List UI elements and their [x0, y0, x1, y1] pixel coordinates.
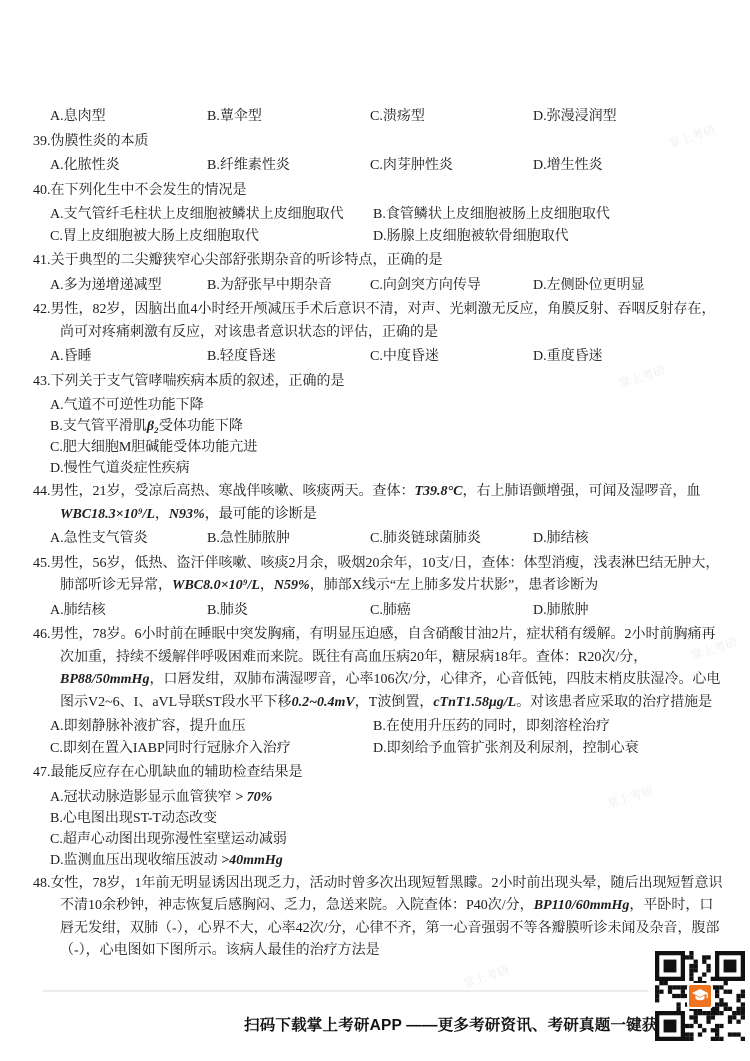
option-C: C.即刻在置入IABP同时行冠脉介入治疗	[50, 738, 373, 760]
option-label: A.	[50, 109, 64, 124]
question-stem: 46.男性，78岁。6小时前在睡眠中突发胸痛，有明显压迫感，自含硝酸甘油2片，症…	[60, 624, 724, 714]
option-B: B.轻度昏迷	[207, 346, 370, 368]
option-label: B.	[50, 419, 63, 434]
option-B: B.急性肺脓肿	[207, 528, 370, 550]
watermark: 掌上考研	[461, 961, 512, 992]
question-stem: 48.女性，78岁，1年前无明显诱因出现乏力，活动时曾多次出现短暂黑矇。2小时前…	[60, 873, 724, 963]
text: 向剑突方向传导	[383, 278, 481, 293]
option-label: A.	[50, 158, 64, 173]
option-D: D.重度昏迷	[533, 346, 724, 368]
option-label: B.	[207, 278, 220, 293]
question-number: 40.	[33, 183, 51, 198]
option-A: A.支气管纤毛柱状上皮细胞被鳞状上皮细胞取代	[50, 204, 373, 226]
option-C: C.溃疡型	[370, 106, 533, 128]
option-label: C.	[370, 278, 383, 293]
option-label: B.	[207, 109, 220, 124]
option-label: A.	[50, 278, 64, 293]
option-label: A.	[50, 398, 64, 413]
text: 轻度昏迷	[220, 349, 276, 364]
option-label: D.	[373, 741, 387, 756]
text: 在使用升压药的同时，即刻溶栓治疗	[386, 719, 610, 734]
option-label: A.	[50, 531, 64, 546]
text: 。对该患者应采取的治疗措施是	[516, 695, 712, 710]
text: 重度昏迷	[547, 349, 603, 364]
question-block: 46.男性，78岁。6小时前在睡眠中突发胸痛，有明显压迫感，自含硝酸甘油2片，症…	[33, 624, 724, 759]
options-row: A.气道不可逆性功能下降B.支气管平滑肌β₂受体功能下降C.肥大细胞M胆碱能受体…	[50, 395, 724, 479]
question-number: 47.	[33, 765, 51, 780]
text: 肠腺上皮细胞被软骨细胞取代	[387, 229, 569, 244]
question-stem: 41.关于典型的二尖瓣狭窄心尖部舒张期杂音的听诊特点，正确的是	[60, 250, 724, 273]
options-row: A.肺结核B.肺炎C.肺癌D.肺脓肿	[50, 600, 724, 622]
text: 在下列化生中不会发生的情况是	[51, 183, 247, 198]
options-row: A.昏睡B.轻度昏迷C.中度昏迷D.重度昏迷	[50, 346, 724, 368]
option-label: C.	[50, 832, 63, 847]
option-label: A.	[50, 603, 64, 618]
text: 肺结核	[64, 603, 106, 618]
text: ，	[260, 578, 274, 593]
text: 增生性炎	[547, 158, 603, 173]
question-number: 42.	[33, 302, 51, 317]
text: 即刻给予血管扩张剂及利尿剂，控制心衰	[387, 741, 639, 756]
question-number: 44.	[33, 484, 51, 499]
math-text: WBC18.3×10⁹/L	[60, 507, 155, 522]
text: 食管鳞状上皮细胞被肠上皮细胞取代	[386, 207, 610, 222]
question-number: 45.	[33, 556, 51, 571]
options-row: A.急性支气管炎B.急性肺脓肿C.肺炎链球菌肺炎D.肺结核	[50, 528, 724, 550]
question-block: 45.男性，56岁，低热、盗汗伴咳嗽、咳痰2月余，吸烟20余年，10支/日，查体…	[33, 553, 724, 622]
question-block: 42.男性，82岁，因脑出血4小时经开颅减压手术后意识不清，对声、光刺激无反应，…	[33, 299, 724, 368]
text: 即刻在置入IABP同时行冠脉介入治疗	[63, 741, 291, 756]
text: 男性，82岁，因脑出血4小时经开颅减压手术后意识不清，对声、光刺激无反应，角膜反…	[51, 302, 716, 340]
question-stem: 45.男性，56岁，低热、盗汗伴咳嗽、咳痰2月余，吸烟20余年，10支/日，查体…	[60, 553, 724, 598]
text: 肺脓肿	[547, 603, 589, 618]
text: 为舒张早中期杂音	[220, 278, 332, 293]
option-label: D.	[533, 158, 547, 173]
math-text: > 70%	[235, 790, 272, 805]
text: 气道不可逆性功能下降	[64, 398, 204, 413]
options-row: A.息肉型B.蕈伞型C.溃疡型D.弥漫浸润型	[50, 106, 724, 128]
text: 肺癌	[383, 603, 411, 618]
option-A: A.昏睡	[50, 346, 207, 368]
math-text: BP110/60mmHg	[534, 898, 630, 913]
option-D: D.肺脓肿	[533, 600, 724, 622]
text: 支气管平滑肌	[63, 419, 147, 434]
question-block: 48.女性，78岁，1年前无明显诱因出现乏力，活动时曾多次出现短暂黑矇。2小时前…	[33, 873, 724, 963]
math-text: 0.2~0.4mV	[292, 695, 355, 710]
question-stem: 40.在下列化生中不会发生的情况是	[60, 180, 724, 203]
text: 肺炎	[220, 603, 248, 618]
option-label: B.	[207, 349, 220, 364]
option-A: A.化脓性炎	[50, 155, 207, 177]
option-label: D.	[533, 278, 547, 293]
option-D: D.监测血压出现收缩压波动 >40mmHg	[50, 850, 724, 871]
option-label: B.	[373, 207, 386, 222]
option-label: D.	[533, 603, 547, 618]
question-number: 41.	[33, 253, 51, 268]
option-D: D.弥漫浸润型	[533, 106, 724, 128]
option-label: D.	[533, 349, 547, 364]
question-number: 46.	[33, 627, 51, 642]
option-B: B.纤维素性炎	[207, 155, 370, 177]
text: 伪膜性炎的本质	[51, 134, 149, 149]
text: 急性肺脓肿	[220, 531, 290, 546]
option-A: A.急性支气管炎	[50, 528, 207, 550]
option-label: C.	[370, 603, 383, 618]
option-label: D.	[50, 461, 64, 476]
math-text: >40mmHg	[221, 853, 283, 868]
option-B: B.为舒张早中期杂音	[207, 275, 370, 297]
text: ，T波倒置，	[355, 695, 434, 710]
math-text: cTnT1.58μg/L	[433, 695, 516, 710]
option-label: C.	[370, 158, 383, 173]
text: 男性，21岁，受凉后高热、寒战伴咳嗽、咳痰两天。查体：	[51, 484, 415, 499]
option-label: B.	[373, 719, 386, 734]
text: ，肺部X线示“左上肺多发片状影”，患者诊断为	[310, 578, 599, 593]
text: 男性，78岁。6小时前在睡眠中突发胸痛，有明显压迫感，自含硝酸甘油2片，症状稍有…	[51, 627, 716, 665]
option-label: B.	[207, 158, 220, 173]
text: ，	[155, 507, 169, 522]
questions: A.息肉型B.蕈伞型C.溃疡型D.弥漫浸润型39.伪膜性炎的本质A.化脓性炎B.…	[33, 106, 724, 965]
text: 弥漫浸润型	[547, 109, 617, 124]
text: 昏睡	[64, 349, 92, 364]
text: 慢性气道炎症性疾病	[64, 461, 190, 476]
option-D: D.增生性炎	[533, 155, 724, 177]
text: 中度昏迷	[383, 349, 439, 364]
question-stem: 42.男性，82岁，因脑出血4小时经开颅减压手术后意识不清，对声、光刺激无反应，…	[60, 299, 724, 344]
text: 受体功能下降	[159, 419, 243, 434]
option-label: A.	[50, 207, 64, 222]
options-row: A.多为递增递减型B.为舒张早中期杂音C.向剑突方向传导D.左侧卧位更明显	[50, 275, 724, 297]
text: 胃上皮细胞被大肠上皮细胞取代	[63, 229, 259, 244]
option-C: C.肺癌	[370, 600, 533, 622]
question-number: 39.	[33, 134, 51, 149]
text: 关于典型的二尖瓣狭窄心尖部舒张期杂音的听诊特点，正确的是	[51, 253, 443, 268]
option-C: C.肺炎链球菌肺炎	[370, 528, 533, 550]
option-C: C.肥大细胞M胆碱能受体功能亢进	[50, 437, 724, 458]
question-block: A.息肉型B.蕈伞型C.溃疡型D.弥漫浸润型	[33, 106, 724, 128]
option-label: D.	[50, 853, 64, 868]
question-stem: 44.男性，21岁，受凉后高热、寒战伴咳嗽、咳痰两天。查体：T39.8°C，右上…	[60, 481, 724, 526]
option-label: C.	[50, 741, 63, 756]
option-A: A.肺结核	[50, 600, 207, 622]
math-text: N93%	[169, 507, 205, 522]
question-block: 40.在下列化生中不会发生的情况是A.支气管纤毛柱状上皮细胞被鳞状上皮细胞取代B…	[33, 180, 724, 248]
text: 肉芽肿性炎	[383, 158, 453, 173]
option-label: D.	[373, 229, 387, 244]
option-C: C.胃上皮细胞被大肠上皮细胞取代	[50, 226, 373, 248]
question-block: 47.最能反应存在心肌缺血的辅助检查结果是A.冠状动脉造影显示血管狭窄 > 70…	[33, 762, 724, 871]
text: 最能反应存在心肌缺血的辅助检查结果是	[51, 765, 303, 780]
text: 化脓性炎	[64, 158, 120, 173]
text: 支气管纤毛柱状上皮细胞被鳞状上皮细胞取代	[64, 207, 344, 222]
footer-divider	[43, 990, 648, 992]
option-C: C.超声心动图出现弥漫性室壁运动减弱	[50, 829, 724, 850]
text: 超声心动图出现弥漫性室壁运动减弱	[63, 832, 287, 847]
question-block: 44.男性，21岁，受凉后高热、寒战伴咳嗽、咳痰两天。查体：T39.8°C，右上…	[33, 481, 724, 550]
option-label: C.	[50, 440, 63, 455]
text: 心电图出现ST-T动态改变	[63, 811, 217, 826]
option-A: A.多为递增递减型	[50, 275, 207, 297]
option-label: D.	[533, 531, 547, 546]
question-block: 39.伪膜性炎的本质A.化脓性炎B.纤维素性炎C.肉芽肿性炎D.增生性炎	[33, 131, 724, 177]
text: 即刻静脉补液扩容，提升血压	[64, 719, 246, 734]
text: 左侧卧位更明显	[547, 278, 645, 293]
text: 纤维素性炎	[220, 158, 290, 173]
option-B: B.蕈伞型	[207, 106, 370, 128]
text: 肺炎链球菌肺炎	[383, 531, 481, 546]
math-text: β₂	[147, 419, 159, 434]
option-label: A.	[50, 790, 64, 805]
question-stem: 39.伪膜性炎的本质	[60, 131, 724, 154]
text: 息肉型	[64, 109, 106, 124]
option-label: B.	[207, 531, 220, 546]
option-D: D.即刻给予血管扩张剂及利尿剂，控制心衰	[373, 738, 724, 760]
option-label: C.	[50, 229, 63, 244]
option-B: B.心电图出现ST-T动态改变	[50, 808, 724, 829]
option-label: C.	[370, 109, 383, 124]
text: ，最可能的诊断是	[205, 507, 317, 522]
options-row: A.化脓性炎B.纤维素性炎C.肉芽肿性炎D.增生性炎	[50, 155, 724, 177]
option-B: B.肺炎	[207, 600, 370, 622]
option-label: A.	[50, 719, 64, 734]
option-label: B.	[207, 603, 220, 618]
option-B: B.在使用升压药的同时，即刻溶栓治疗	[373, 716, 724, 738]
question-number: 48.	[33, 876, 51, 891]
option-B: B.支气管平滑肌β₂受体功能下降	[50, 416, 724, 437]
question-number: 43.	[33, 374, 51, 389]
option-D: D.慢性气道炎症性疾病	[50, 458, 724, 479]
text: 蕈伞型	[220, 109, 262, 124]
option-D: D.左侧卧位更明显	[533, 275, 724, 297]
option-B: B.食管鳞状上皮细胞被肠上皮细胞取代	[373, 204, 724, 226]
option-C: C.肉芽肿性炎	[370, 155, 533, 177]
qr-code	[655, 951, 745, 1041]
option-A: A.气道不可逆性功能下降	[50, 395, 724, 416]
math-text: BP88/50mmHg	[60, 672, 149, 687]
text: 溃疡型	[383, 109, 425, 124]
option-C: C.向剑突方向传导	[370, 275, 533, 297]
option-label: A.	[50, 349, 64, 364]
graduation-cap-icon	[689, 985, 711, 1007]
options-row: A.支气管纤毛柱状上皮细胞被鳞状上皮细胞取代B.食管鳞状上皮细胞被肠上皮细胞取代…	[50, 204, 724, 247]
text: 下列关于支气管哮喘疾病本质的叙述，正确的是	[51, 374, 345, 389]
footer-text: 扫码下载掌上考研APP ——更多考研资讯、考研真题一键获取	[244, 1013, 650, 1035]
option-label: B.	[50, 811, 63, 826]
option-D: D.肺结核	[533, 528, 724, 550]
option-label: D.	[533, 109, 547, 124]
text: 肥大细胞M胆碱能受体功能亢进	[63, 440, 257, 455]
math-text: T39.8°C	[415, 484, 463, 499]
text: 肺结核	[547, 531, 589, 546]
option-C: C.中度昏迷	[370, 346, 533, 368]
option-A: A.息肉型	[50, 106, 207, 128]
question-stem: 47.最能反应存在心肌缺血的辅助检查结果是	[60, 762, 724, 785]
option-A: A.即刻静脉补液扩容，提升血压	[50, 716, 373, 738]
text: 监测血压出现收缩压波动	[64, 853, 222, 868]
option-label: C.	[370, 531, 383, 546]
question-block: 41.关于典型的二尖瓣狭窄心尖部舒张期杂音的听诊特点，正确的是A.多为递增递减型…	[33, 250, 724, 296]
math-text: WBC8.0×10⁹/L	[172, 578, 260, 593]
text: ，右上肺语颤增强，可闻及湿啰音，血	[463, 484, 701, 499]
text: 多为递增递减型	[64, 278, 162, 293]
option-D: D.肠腺上皮细胞被软骨细胞取代	[373, 226, 724, 248]
math-text: N59%	[274, 578, 310, 593]
option-label: C.	[370, 349, 383, 364]
text: 急性支气管炎	[64, 531, 148, 546]
options-row: A.即刻静脉补液扩容，提升血压B.在使用升压药的同时，即刻溶栓治疗C.即刻在置入…	[50, 716, 724, 759]
qr-center-logo-graduation-cap-icon	[687, 983, 713, 1009]
text: 冠状动脉造影显示血管狭窄	[64, 790, 236, 805]
